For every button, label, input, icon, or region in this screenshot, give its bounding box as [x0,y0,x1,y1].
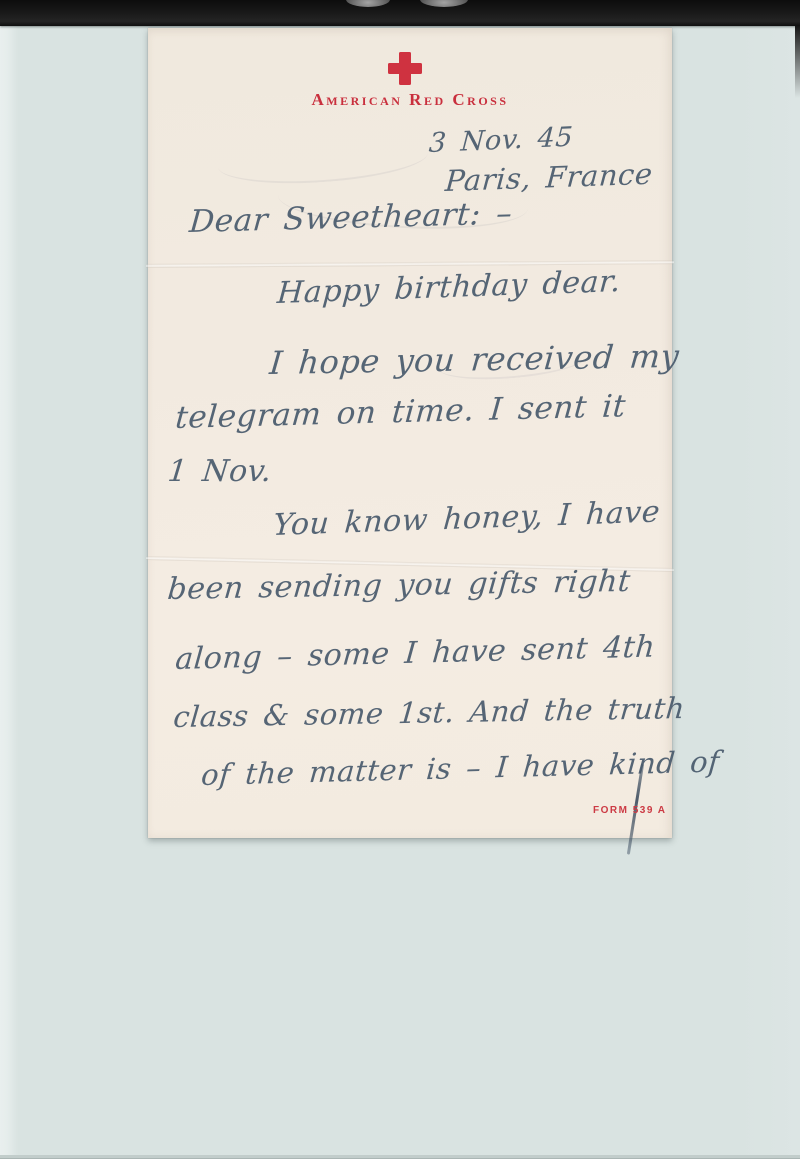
salutation-line: Dear Sweetheart: – [188,196,514,240]
scan-bottom-edge [0,1155,800,1159]
organization-name: American Red Cross [148,90,672,110]
form-number: FORM 539 A [593,805,667,816]
scanner-lid-bar [0,0,800,26]
scan-edge-shadow [795,26,800,98]
date-line: 3 Nov. 45 [428,122,574,159]
handwritten-line: You know honey, I have [272,495,661,543]
handwritten-line: class & some 1st. And the truth [172,691,686,734]
letter-paper: American Red Cross 3 Nov. 45 Paris, Fran… [148,28,672,838]
place-line: Paris, France [444,157,654,198]
handwritten-line: along – some I have sent 4th [174,629,657,677]
red-cross-icon [388,52,422,85]
scanned-letter-page: American Red Cross 3 Nov. 45 Paris, Fran… [0,0,800,1159]
lid-notch [346,0,390,7]
handwritten-line: Happy birthday dear. [276,264,622,311]
handwritten-line: telegram on time. I sent it [174,388,627,436]
lid-notch [420,0,468,7]
handwritten-line: I hope you received my [268,337,681,382]
handwritten-line: been sending you gifts right [166,564,632,607]
handwritten-line: 1 Nov. [166,454,274,489]
